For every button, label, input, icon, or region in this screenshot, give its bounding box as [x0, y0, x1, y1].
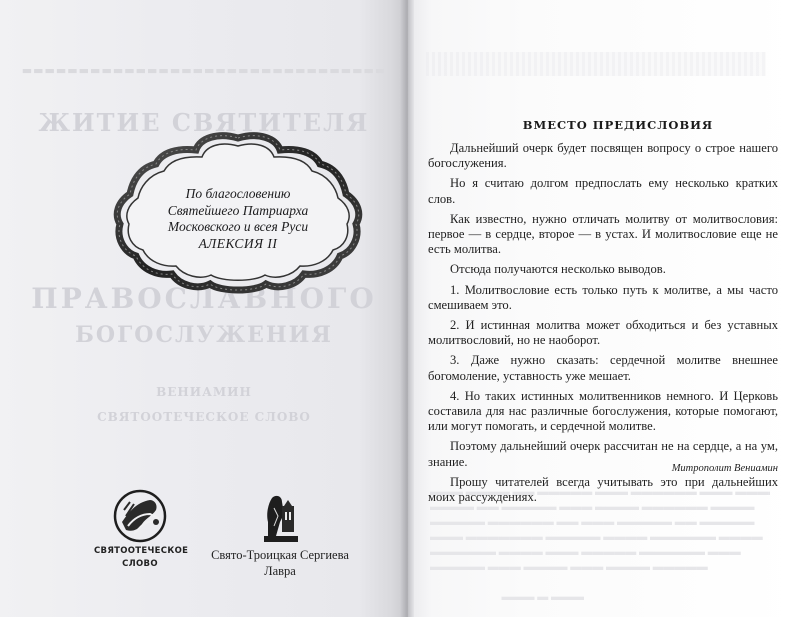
preface-body: Дальнейший очерк будет посвящен вопросу … [428, 141, 778, 510]
numbered-paragraph: 4. Но таких истинных молитвенников немно… [428, 389, 778, 435]
publisher-name-line: Свято-Троицкая Сергиева [205, 549, 355, 562]
blessing-line: Святейшего Патриарха [108, 203, 368, 220]
paragraph: Дальнейший очерк будет посвящен вопросу … [428, 141, 778, 171]
paragraph: Отсюда получаются несколько выводов. [428, 262, 778, 277]
numbered-paragraph: 3. Даже нужно сказать: сердечной молитве… [428, 353, 778, 383]
preface-title: ВМЕСТО ПРЕДИСЛОВИЯ [458, 118, 778, 132]
numbered-paragraph: 1. Молитвословие есть только путь к моли… [428, 283, 778, 313]
book-spread: ▬▬▬▬▬▬▬▬▬▬▬▬▬▬▬▬▬▬▬▬▬▬▬▬▬▬▬▬▬▬▬▬ ЖИТИЕ С… [0, 0, 800, 617]
publisher-name-line: СЛОВО [94, 559, 186, 570]
saint-sergius-emblem-icon [260, 492, 300, 546]
show-through-area [426, 52, 766, 76]
blessing-line: По благословению [108, 186, 368, 203]
publisher-logo-trinity-lavra: Свято-Троицкая Сергиева Лавра [205, 492, 355, 578]
scroll-emblem-icon [112, 488, 168, 544]
show-through-text: ▬▬▬▬▬▬▬▬▬▬▬▬▬▬▬▬▬▬▬▬▬▬▬▬▬▬▬▬▬▬▬▬ [0, 64, 408, 77]
show-through-text: ▬▬▬ ▬▬▬▬ ▬▬ ▬▬▬▬▬ ▬▬▬ ▬▬▬▬▬▬ ▬▬▬ ▬▬▬▬ ▬▬… [430, 485, 770, 605]
publisher-logo-svyatootecheskoe-slovo: СВЯТООТЕЧЕСКОЕ СЛОВО [94, 488, 186, 570]
paragraph: Но я считаю долгом предпослать ему неско… [428, 176, 778, 206]
publisher-name-line: СВЯТООТЕЧЕСКОЕ [94, 546, 186, 557]
numbered-paragraph: 2. И истинная молитва может обходиться и… [428, 318, 778, 348]
show-through-text: ВЕНИАМИН [0, 385, 408, 399]
paragraph: Как известно, нужно отличать молитву от … [428, 212, 778, 258]
show-through-text: СВЯТООТЕЧЕСКОЕ СЛОВО [0, 410, 408, 424]
blessing-cartouche: По благословению Святейшего Патриарха Мо… [108, 128, 368, 296]
blessing-line: Московского и всея Руси [108, 219, 368, 236]
patriarch-name: АЛЕКСИЯ II [108, 236, 368, 253]
right-page: ВМЕСТО ПРЕДИСЛОВИЯ Дальнейший очерк буде… [408, 0, 800, 617]
author-signature: Митрополит Вениамин [428, 463, 778, 474]
show-through-text: БОГОСЛУЖЕНИЯ [0, 322, 408, 348]
publisher-name-line: Лавра [205, 565, 355, 578]
blessing-text: По благословению Святейшего Патриарха Мо… [108, 186, 368, 252]
left-page: ▬▬▬▬▬▬▬▬▬▬▬▬▬▬▬▬▬▬▬▬▬▬▬▬▬▬▬▬▬▬▬▬ ЖИТИЕ С… [0, 0, 408, 617]
